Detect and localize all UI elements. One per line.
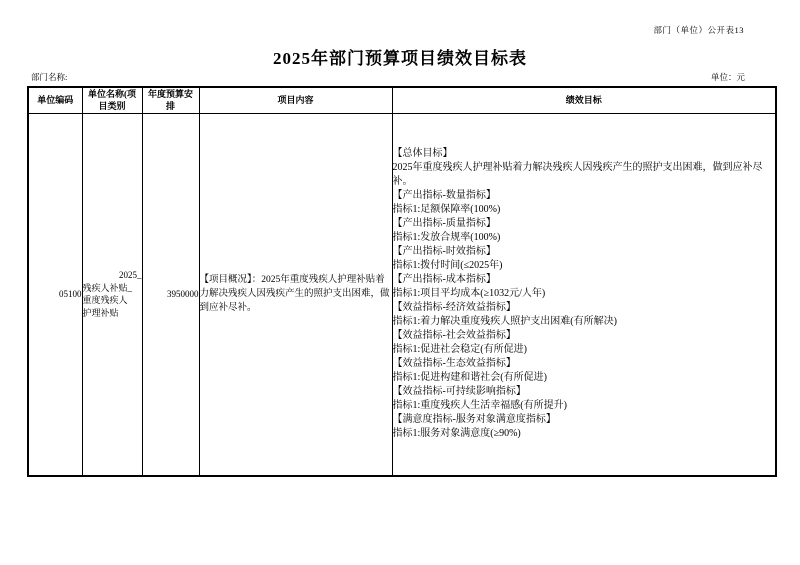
performance-goal-line: 指标1:拨付时间(≤2025年) [393, 259, 776, 273]
meta-row: 部门名称: 单位：元 [31, 71, 745, 83]
performance-goal-line: 2025年重度残疾人护理补贴着力解决残疾人因残疾产生的照护支出困难，做到应补尽补… [393, 161, 776, 189]
performance-goal-line: 【产出指标-时效指标】 [393, 245, 776, 259]
performance-goal-line: 指标1:重度残疾人生活幸福感(有所提升) [393, 399, 776, 413]
document-page: { "page": { "corner_label": "部门（单位）公开表13… [0, 0, 800, 565]
cell-project-name: 2025_残疾人补贴_重度残疾人护理补贴 [82, 114, 142, 476]
performance-target-table: 单位编码 单位名称(项目类别 年度预算安排 项目内容 绩效目标 05100 20… [27, 86, 777, 477]
cell-project-content: 【项目概况】：2025年重度残疾人护理补贴着力解决残疾人因残疾产生的照护支出困难… [199, 114, 392, 476]
performance-goal-line: 【总体目标】 [393, 147, 776, 161]
performance-goal-line: 指标1:着力解决重度残疾人照护支出困难(有所解决) [393, 315, 776, 329]
performance-goal-line: 【效益指标-生态效益指标】 [393, 357, 776, 371]
project-name-lines: 2025_残疾人补贴_重度残疾人护理补贴 [83, 269, 142, 319]
performance-goal-line: 【满意度指标-服务对象满意度指标】 [393, 413, 776, 427]
table-header-row: 单位编码 单位名称(项目类别 年度预算安排 项目内容 绩效目标 [28, 87, 776, 114]
performance-goal-line: 【产出指标-数量指标】 [393, 189, 776, 203]
performance-goal-line: 指标1:足额保障率(100%) [393, 203, 776, 217]
header-performance-target: 绩效目标 [392, 87, 776, 114]
performance-goal-line: 指标1:项目平均成本(≥1032元/人年) [393, 287, 776, 301]
performance-goal-line: 【效益指标-社会效益指标】 [393, 329, 776, 343]
page-title: 2025年部门预算项目绩效目标表 [0, 44, 800, 69]
performance-goal-line: 【效益指标-经济效益指标】 [393, 301, 776, 315]
performance-goal-line: 指标1:促进构建和谐社会(有所促进) [393, 371, 776, 385]
corner-sheet-label: 部门（单位）公开表13 [653, 24, 744, 36]
project-name-line: 重度残疾人 [83, 294, 142, 307]
header-unit-code: 单位编码 [28, 87, 82, 114]
cell-annual-budget: 3950000 [142, 114, 199, 476]
performance-goal-line: 指标1:促进社会稳定(有所促进) [393, 343, 776, 357]
cell-unit-code: 05100 [28, 114, 82, 476]
department-name-label: 部门名称: [31, 71, 67, 83]
cell-performance-goals: 【总体目标】2025年重度残疾人护理补贴着力解决残疾人因残疾产生的照护支出困难，… [392, 114, 776, 476]
performance-goal-lines: 【总体目标】2025年重度残疾人护理补贴着力解决残疾人因残疾产生的照护支出困难，… [393, 147, 776, 441]
project-name-line: 残疾人补贴_ [83, 282, 142, 295]
header-annual-budget: 年度预算安排 [142, 87, 199, 114]
project-name-line: 2025_ [83, 269, 142, 282]
header-unit-name: 单位名称(项目类别 [82, 87, 142, 114]
currency-unit-label: 单位：元 [711, 71, 745, 83]
table-row: 05100 2025_残疾人补贴_重度残疾人护理补贴 3950000 【项目概况… [28, 114, 776, 476]
performance-goal-line: 【效益指标-可持续影响指标】 [393, 385, 776, 399]
project-name-line: 护理补贴 [83, 307, 142, 320]
performance-goal-line: 指标1:服务对象满意度(≥90%) [393, 427, 776, 441]
performance-goal-line: 【产出指标-成本指标】 [393, 273, 776, 287]
header-project-content: 项目内容 [199, 87, 392, 114]
performance-goal-line: 【产出指标-质量指标】 [393, 217, 776, 231]
performance-goal-line: 指标1:发放合规率(100%) [393, 231, 776, 245]
